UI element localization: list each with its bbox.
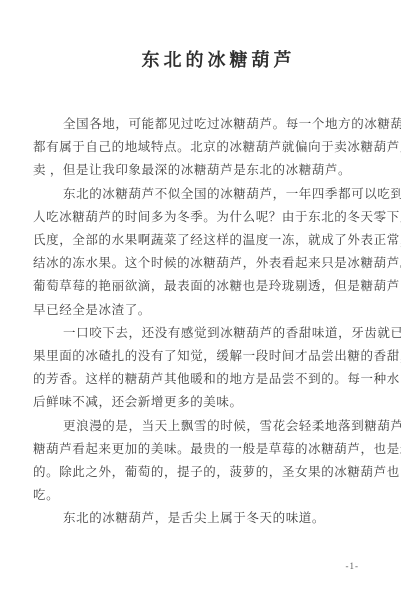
paragraph-line: 氏度，全部的水果啊蔬菜了经这样的温度一冻，就成了外表正常，内部 bbox=[33, 229, 363, 252]
paragraph-line: 卖 ，但是让我印象最深的冰糖葫芦是东北的冰糖葫芦。 bbox=[33, 159, 363, 182]
paragraph-line: 糖葫芦看起来更加的美味。最贵的一般是草莓的冰糖葫芦，也是最 好吃 bbox=[33, 438, 363, 461]
paragraph-line: 更浪漫的是，当天上飘雪的时候，雪花会轻柔地落到糖葫芦上，使 bbox=[33, 415, 363, 438]
paragraph-line: 吃。 bbox=[33, 484, 363, 507]
document-title: 东北的冰糖葫芦 bbox=[0, 46, 401, 72]
paragraph-line: 东北的冰糖葫芦，是舌尖上属于冬天的味道。 bbox=[33, 507, 363, 530]
document-page: 东北的冰糖葫芦 全国各地，可能都见过吃过冰糖葫芦。每一个地方的冰糖葫芦可 能都有… bbox=[0, 0, 401, 600]
page-number: -1- bbox=[346, 561, 360, 571]
paragraph-line: 早已经全是冰渣了。 bbox=[33, 299, 363, 322]
paragraph-line: 后鲜味不减，还会新增更多的美味。 bbox=[33, 391, 363, 414]
paragraph-line: 东北的冰糖葫芦不似全国的冰糖葫芦，一年四季都可以吃到。东 北 bbox=[33, 183, 363, 206]
paragraph-line: 人吃冰糖葫芦的时间多为冬季。为什么呢？由于东北的冬天零下几 十摄 bbox=[33, 206, 363, 229]
paragraph-line: 葡萄草莓的艳丽欲滴，最表面的冰糖也是玲珑剔透，但是糖葫芦 的内部 bbox=[33, 275, 363, 298]
paragraph-line: 果里面的冰碴扎的没有了知觉，缓解一段时间才品尝出糖的香甜，水果 bbox=[33, 345, 363, 368]
paragraph-line: 的。除此之外，葡萄的，提子的，菠萝的，圣女果的冰糖葫芦也 非常好 bbox=[33, 461, 363, 484]
paragraph-line: 一口咬下去，还没有感觉到冰糖葫芦的香甜味道，牙齿就已经被 水 bbox=[33, 322, 363, 345]
paragraph-line: 都有属于自己的地域特点。北京的冰糖葫芦就偏向于卖冰糖葫芦人 的叫 bbox=[33, 136, 363, 159]
paragraph-line: 结冰的冻水果。这个时候的冰糖葫芦，外表看起来只是冰糖葫芦。 山楂 bbox=[33, 252, 363, 275]
document-body: 全国各地，可能都见过吃过冰糖葫芦。每一个地方的冰糖葫芦可 能都有属于自己的地域特… bbox=[33, 113, 363, 531]
paragraph-line: 全国各地，可能都见过吃过冰糖葫芦。每一个地方的冰糖葫芦可 能 bbox=[33, 113, 363, 136]
paragraph-line: 的芳香。这样的糖葫芦其他暖和的地方是品尝不到的。每一种水 果冰冻 bbox=[33, 368, 363, 391]
